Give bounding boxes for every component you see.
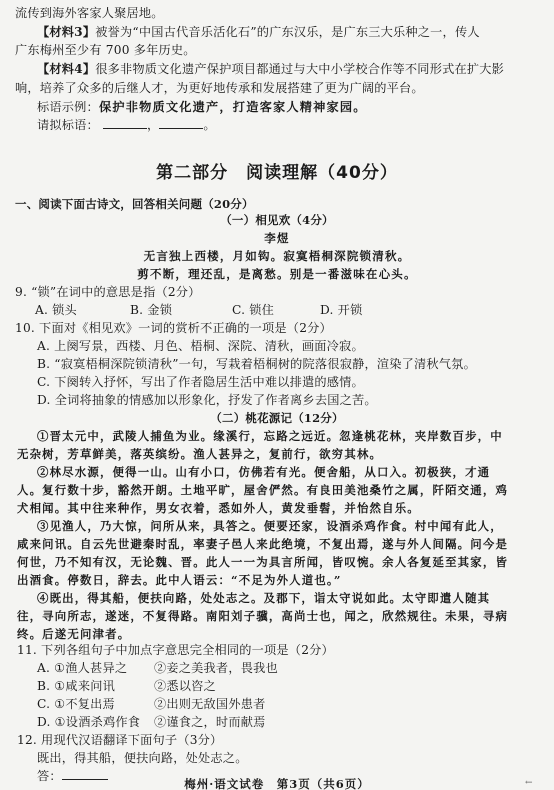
prose-line: 咸来问讯。自云先世避秦时乱，率妻子邑人来此绝境，不复出焉，遂与外人间隔。问今是 — [17, 536, 508, 552]
slogan-example-label: 标语示例： — [37, 100, 99, 114]
q11-option-a: A. ①渔人甚异之 — [37, 660, 127, 676]
q11-option-d-left: D. ①设酒杀鸡作食 — [37, 714, 140, 730]
q12-sentence: 既出，得其船，便扶向路，处处志之。 — [37, 750, 248, 766]
q10-option-c: C. 下阕转入抒怀，写出了作者隐居生活中难以排遣的感情。 — [37, 374, 364, 390]
prose-line: ③见渔人，乃大惊，问所从来，具答之。便要还家，设酒杀鸡作食。村中闻有此人， — [37, 518, 503, 534]
q11-option-b-left: B. ①咸来问讯 — [37, 678, 115, 694]
prose-line: ②林尽水源，便得一山。山有小口，仿佛若有光。便舍船，从口入。初极狭，才通 — [37, 464, 490, 480]
prose-line: 犬相闻。其中往来种作，男女衣着，悉如外人，黄发垂髫，并怡然自乐。 — [17, 500, 420, 516]
q10-option-a: A. 上阕写景，西楼、月色、梧桐、深院、清秋，画面冷寂。 — [37, 338, 364, 354]
exam-page: 流传到海外客家人聚居地。 【材料3】被誉为“中国古代音乐活化石”的广东汉乐，是广… — [0, 0, 554, 790]
text-line: 广东梅州至少有 700 多年历史。 — [15, 42, 196, 58]
poem-heading: （一）相见欢（4分） — [0, 212, 554, 228]
prose-line: 何世，乃不知有汉，无论魏、晋。此人一一为具言所闻，皆叹惋。余人各复延至其家，皆 — [17, 554, 508, 570]
text-line: 流传到海外客家人聚居地。 — [15, 5, 164, 21]
prose-line: ①晋太元中，武陵人捕鱼为业。缘溪行，忘路之远近。忽逢桃花林，夹岸数百步，中 — [37, 428, 503, 444]
part-title: 第二部分 阅读理解（40分） — [0, 158, 554, 183]
material-3-label: 【材料3】 — [37, 25, 95, 39]
arrow-left-icon: ← — [525, 778, 533, 788]
q10-option-d: D. 全词将抽象的情感加以形象化，抒发了作者离乡去国之苦。 — [37, 392, 377, 408]
slogan-blank-2[interactable] — [159, 118, 203, 129]
prose-line: ④既出，得其船，便扶向路，处处志之。及郡下，诣太守说如此。太守即遣人随其 — [37, 590, 490, 606]
q11-option-c-right: ②出则无敌国外患者 — [154, 696, 266, 712]
slogan-prompt-label: 请拟标语： — [37, 118, 99, 132]
q11-option-a-right: ②妾之美我者，畏我也 — [154, 660, 278, 676]
question-10-stem: 10. 下面对《相见欢》一词的赏析不正确的一项是（2分） — [15, 320, 332, 336]
prose-line: 出酒食。停数日，辞去。此中人语云：“不足为外人道也。” — [17, 572, 342, 588]
text-line: 响，培养了众多的后继人才，为更好地传承和发展搭建了更为广阔的平台。 — [15, 80, 424, 96]
question-9-stem: 9. “锁”在词中的意思是指（2分） — [15, 284, 201, 300]
material-4: 【材料4】很多非物质文化遗产保护项目都通过与大中小学校合作等不同形式在扩大影 — [37, 61, 504, 77]
material-3-text: 被誉为“中国古代音乐活化石”的广东汉乐，是广东三大乐种之一，传人 — [95, 25, 480, 39]
slogan-blank-1[interactable] — [103, 118, 147, 129]
material-3: 【材料3】被誉为“中国古代音乐活化石”的广东汉乐，是广东三大乐种之一，传人 — [37, 24, 480, 40]
q9-option-c: C. 锁住 — [232, 302, 274, 318]
material-4-text: 很多非物质文化遗产保护项目都通过与大中小学校合作等不同形式在扩大影 — [95, 62, 504, 76]
page-footer: 梅州·语文试卷 第3页（共6页） — [0, 776, 554, 790]
q11-option-a-left: A. ①渔人甚异之 — [37, 661, 127, 675]
slogan-example: 标语示例：保护非物质文化遗产，打造客家人精神家园。 — [37, 99, 367, 115]
section-heading: 一、阅读下面古诗文，回答相关问题（20分） — [15, 196, 254, 212]
q11-option-d-right: ②谨食之，时而献焉 — [154, 714, 266, 730]
slogan-example-text: 保护非物质文化遗产，打造客家人精神家园。 — [99, 100, 367, 114]
prose-line: 终。后遂无问津者。 — [17, 626, 130, 642]
poem-author: 李煜 — [0, 230, 554, 246]
question-12-stem: 12. 用现代汉语翻译下面句子（3分） — [17, 732, 222, 748]
q11-option-b-right: ②悉以咨之 — [154, 678, 216, 694]
q9-option-d: D. 开锁 — [320, 302, 362, 318]
prose-heading: （二）桃花源记（12分） — [0, 410, 554, 426]
poem-line: 无言独上西楼，月如钩。寂寞梧桐深院锁清秋。 — [0, 248, 554, 264]
q11-option-c-left: C. ①不复出焉 — [37, 696, 115, 712]
poem-line: 剪不断，理还乱，是离愁。别是一番滋味在心头。 — [0, 266, 554, 282]
slogan-end: 。 — [203, 118, 215, 132]
material-4-label: 【材料4】 — [37, 62, 95, 76]
prose-line: 往，寻向所志，遂迷，不复得路。南阳刘子骥，高尚士也，闻之，欣然规往。未果，寻病 — [17, 608, 508, 624]
prose-line: 人。复行数十步，豁然开朗。土地平旷，屋舍俨然。有良田美池桑竹之属，阡陌交通，鸡 — [17, 482, 508, 498]
question-11-stem: 11. 下列各组句子中加点字意思完全相同的一项是（2分） — [17, 642, 334, 658]
q10-option-b: B. “寂寞梧桐深院锁清秋”一句，写栽着梧桐树的院落很寂静，渲染了清秋气氛。 — [37, 356, 476, 372]
q9-option-b: B. 金锁 — [130, 302, 172, 318]
q9-option-a: A. 锁头 — [35, 302, 77, 318]
slogan-separator: ， — [147, 118, 159, 132]
prose-line: 无杂树，芳草鲜美，落英缤纷。渔人甚异之，复前行，欲穷其林。 — [17, 446, 382, 462]
slogan-prompt: 请拟标语： ，。 — [37, 117, 216, 133]
